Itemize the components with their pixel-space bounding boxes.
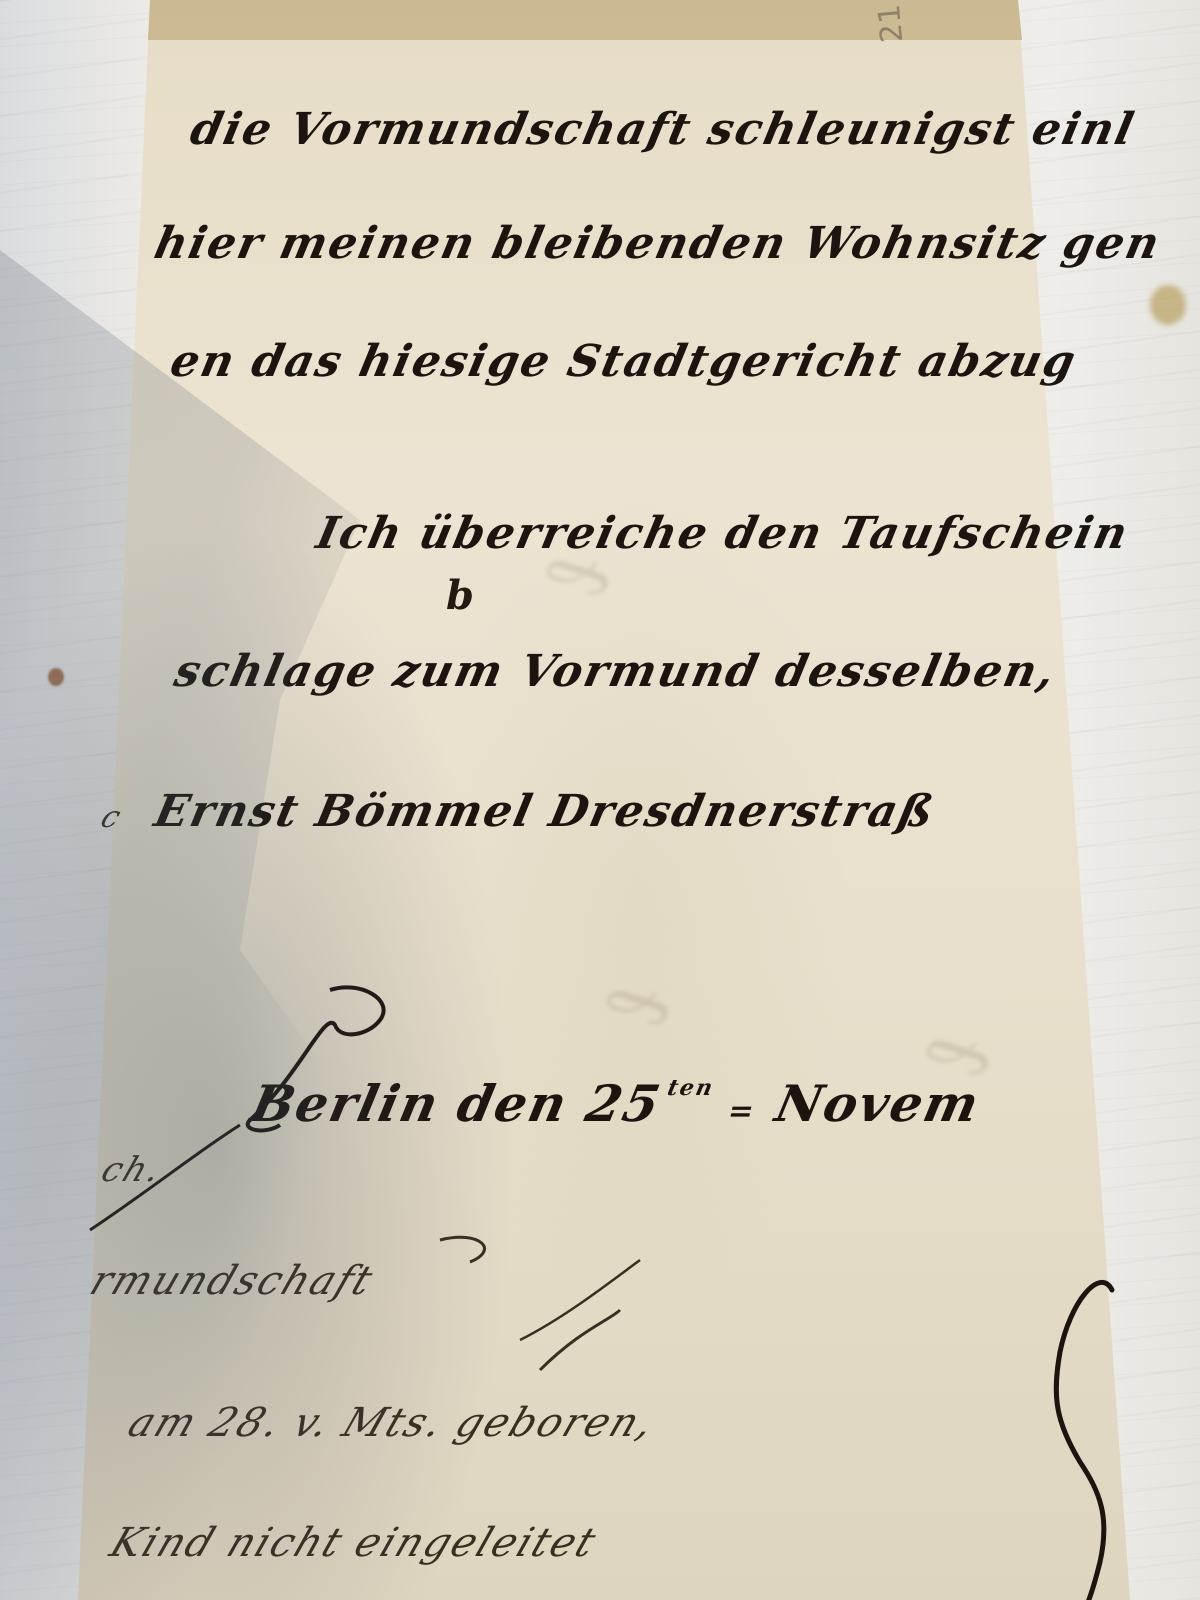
capital-flourish — [0, 0, 1200, 1600]
bracket-brace — [1040, 1272, 1130, 1600]
